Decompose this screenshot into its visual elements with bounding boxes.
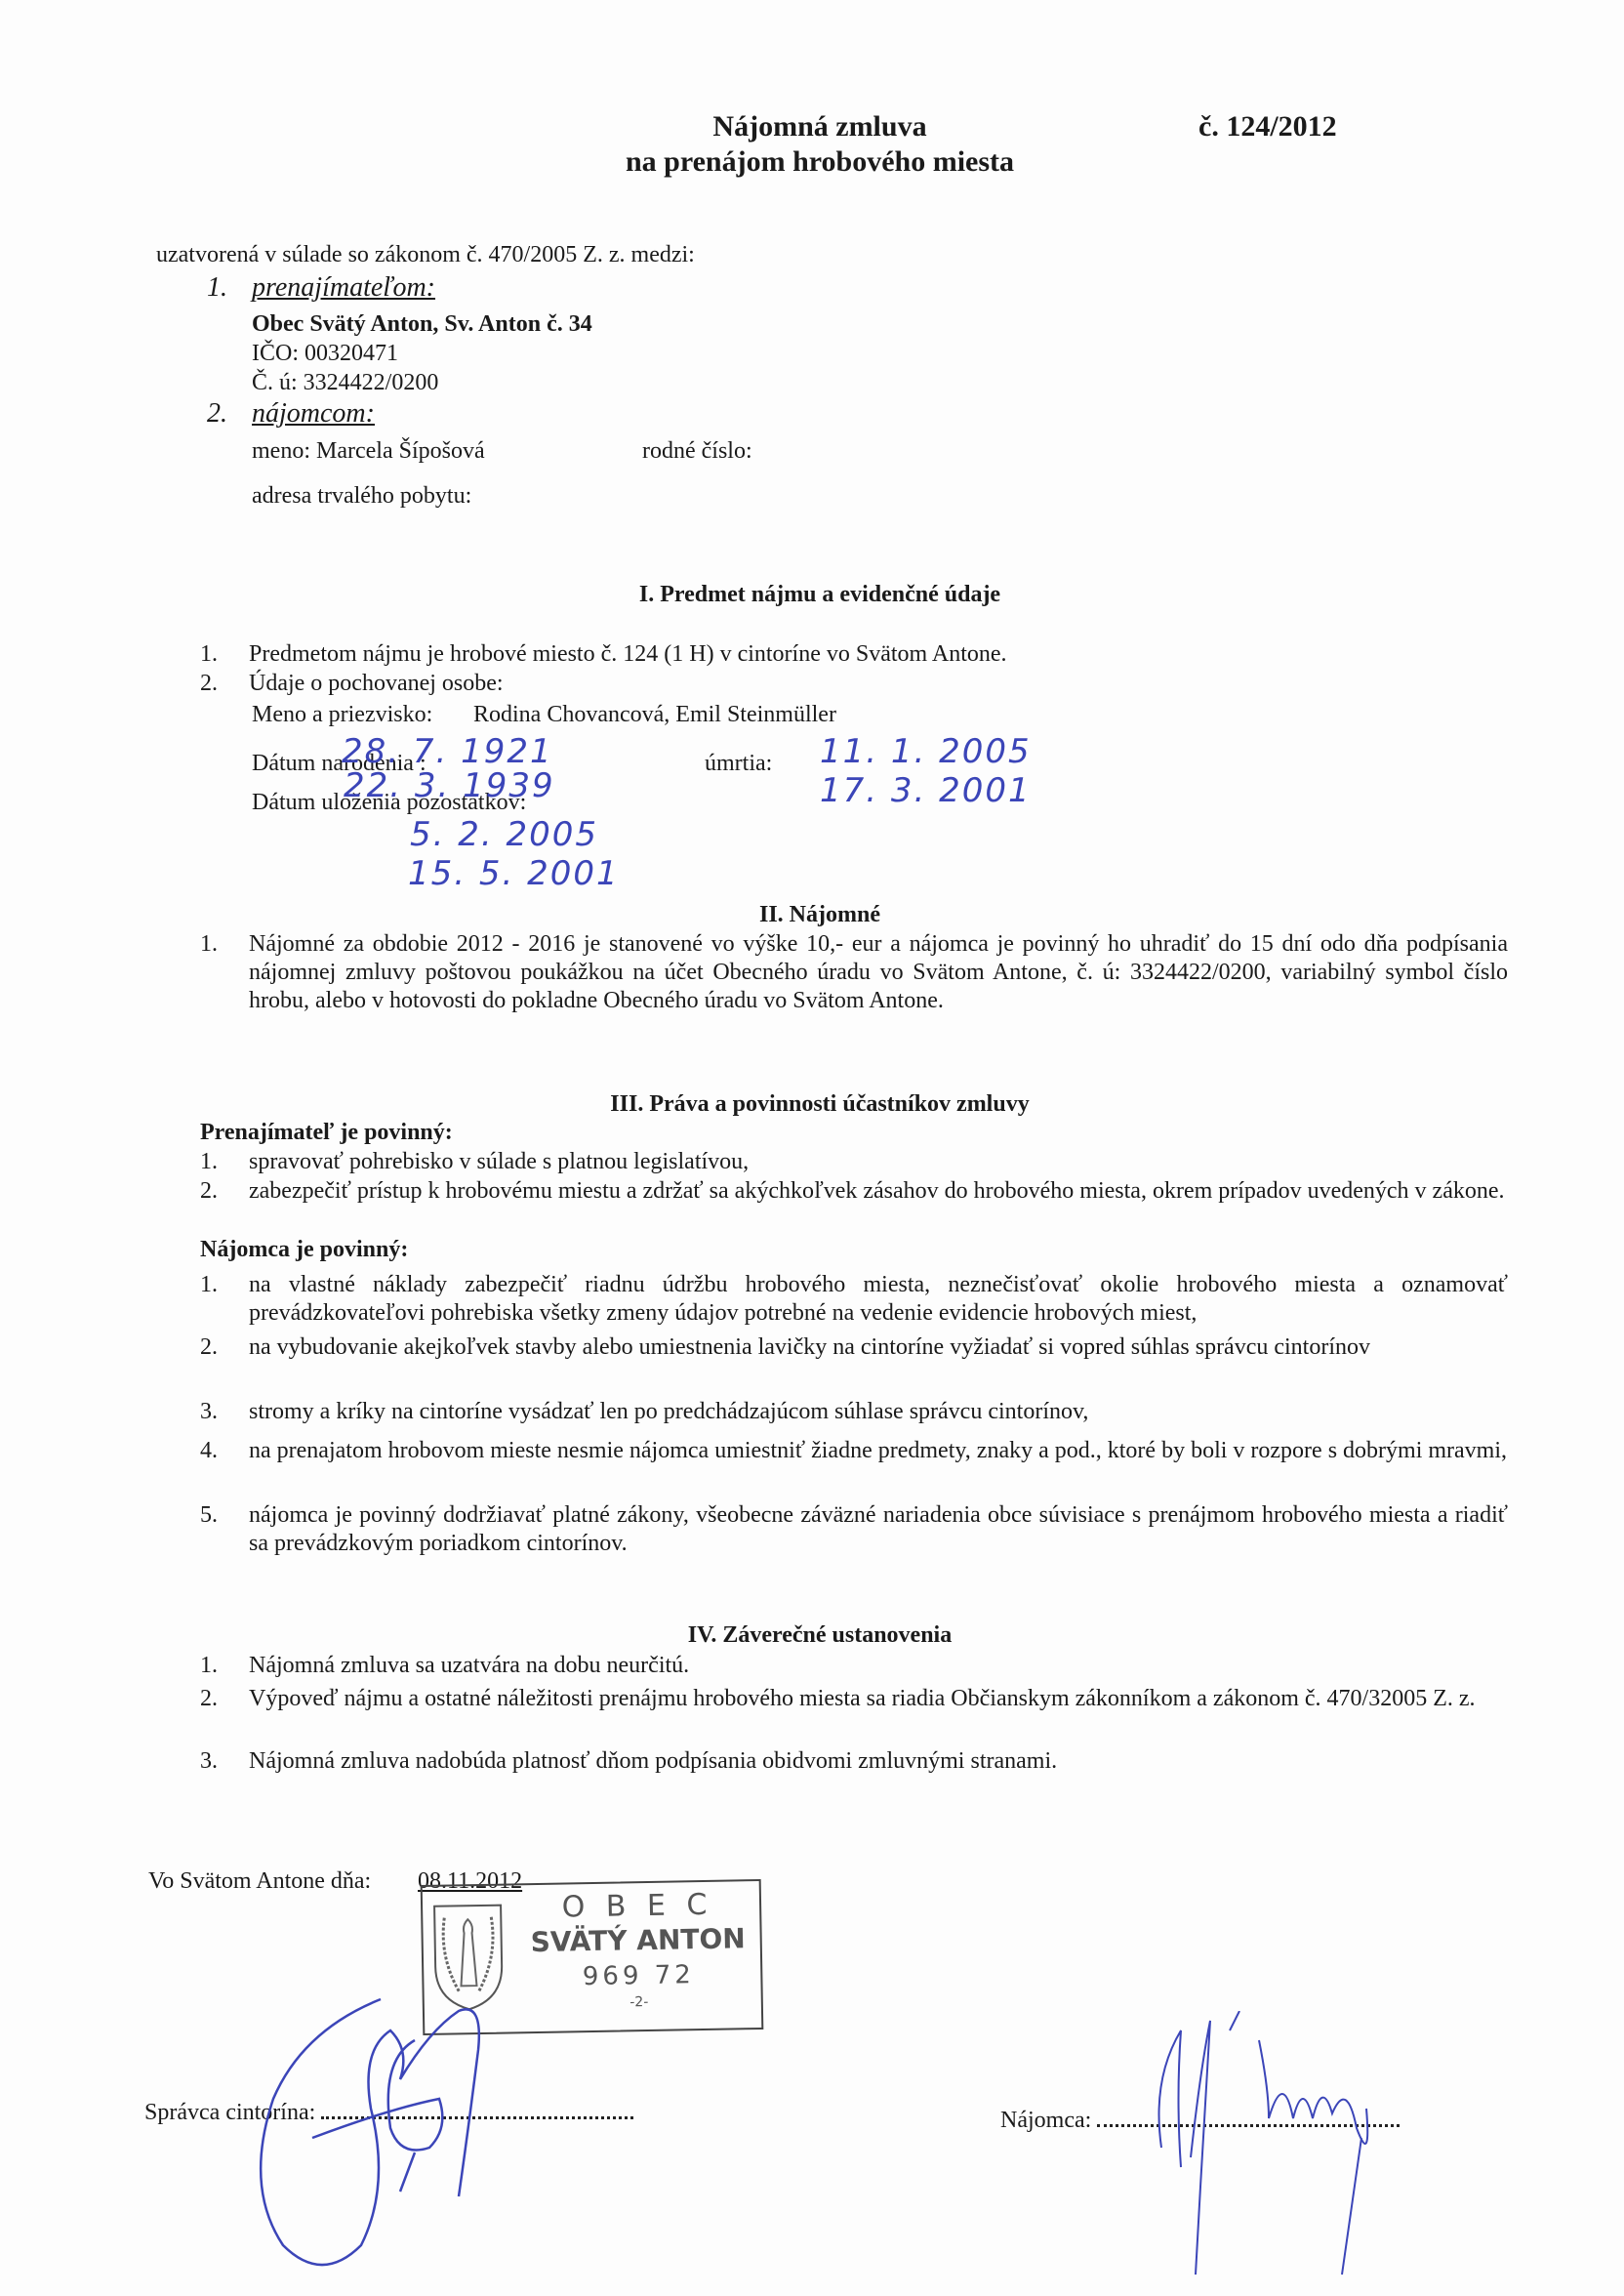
handwritten-burial-date-2: 15. 5. 2001 [408, 854, 620, 893]
stamp-text-obec: O B E C [540, 1887, 736, 1924]
handwritten-death-date-1: 11. 1. 2005 [820, 732, 1032, 771]
handwritten-burial-date-1: 5. 2. 2005 [410, 815, 598, 854]
administrator-signature [244, 1991, 634, 2296]
lessor-duties-heading: Prenajímateľ je povinný: [200, 1119, 453, 1146]
lessee-signature-label: Nájomca: [1000, 2108, 1091, 2133]
lessor-label: prenajímateľom: [252, 272, 435, 304]
death-date-label: úmrtia: [705, 750, 772, 777]
handwritten-birth-date-1: 28. 7. 1921 [342, 732, 553, 771]
final-provision-item: 1. Nájomná zmluva sa uzatvára na dobu ne… [200, 1652, 1508, 1680]
lessee-signature [1122, 2011, 1454, 2296]
final-provision-item: 3. Nájomná zmluva nadobúda platnosť dňom… [200, 1747, 1508, 1776]
birth-number-label: rodné číslo: [642, 437, 752, 465]
section-2-item: 1. Nájomné za obdobie 2012 - 2016 je sta… [200, 930, 1508, 1015]
lessee-duty-item: 5. nájomca je povinný dodržiavať platné … [200, 1501, 1508, 1558]
handwritten-death-date-2: 17. 3. 2001 [820, 771, 1032, 810]
address-label: adresa trvalého pobytu: [252, 482, 471, 510]
final-provision-item: 2. Výpoveď nájmu a ostatné náležitosti p… [200, 1685, 1508, 1713]
section-1-item: 1. Predmetom nájmu je hrobové miesto č. … [200, 640, 1508, 668]
title-line-1: Nájomná zmluva [547, 109, 1093, 144]
lessor-account: Č. ú: 3324422/0200 [252, 369, 438, 396]
contract-number: č. 124/2012 [1198, 109, 1337, 144]
lessee-duty-item: 4. na prenajatom hrobovom mieste nesmie … [200, 1437, 1508, 1465]
stamp-text-name: SVÄTÝ ANTON [515, 1922, 760, 1958]
document-title: Nájomná zmluva na prenájom hrobového mie… [547, 109, 1093, 180]
lessee-duty-item: 3. stromy a kríky na cintoríne vysádzať … [200, 1398, 1508, 1426]
deceased-name-label: Meno a priezvisko: [252, 701, 432, 728]
lessee-name: meno: Marcela Šípošová [252, 437, 485, 465]
section-3-heading: III. Práva a povinnosti účastníkov zmluv… [449, 1091, 1191, 1118]
lessor-name: Obec Svätý Anton, Sv. Anton č. 34 [252, 310, 592, 338]
lessee-number: 2. [207, 398, 227, 430]
stamp-text-postcode: 969 72 [541, 1959, 736, 1991]
lessor-number: 1. [207, 272, 227, 304]
lessor-duty-item: 1. spravovať pohrebisko v súlade s platn… [200, 1148, 1508, 1176]
section-2-heading: II. Nájomné [547, 902, 1093, 928]
lessee-duty-item: 1. na vlastné náklady zabezpečiť riadnu … [200, 1271, 1508, 1328]
section-1-item: 2. Údaje o pochovanej osobe: [200, 670, 1508, 697]
lessor-ico: IČO: 00320471 [252, 340, 398, 367]
intro-text: uzatvorená v súlade so zákonom č. 470/20… [156, 241, 695, 268]
title-line-2: na prenájom hrobového miesta [547, 144, 1093, 180]
deceased-name-value: Rodina Chovancová, Emil Steinmüller [473, 701, 836, 728]
section-4-heading: IV. Záverečné ustanovenia [547, 1622, 1093, 1649]
handwritten-birth-date-2: 22. 3. 1939 [344, 766, 555, 805]
lessor-duty-item: 2. zabezpečiť prístup k hrobovému miestu… [200, 1177, 1508, 1206]
lessee-duty-item: 2. na vybudovanie akejkoľvek stavby aleb… [200, 1333, 1508, 1362]
section-1-heading: I. Predmet nájmu a evidenčné údaje [547, 582, 1093, 608]
lessee-label: nájomcom: [252, 398, 375, 430]
place-date-label: Vo Svätom Antone dňa: [148, 1867, 371, 1895]
lessee-duties-heading: Nájomca je povinný: [200, 1236, 408, 1263]
